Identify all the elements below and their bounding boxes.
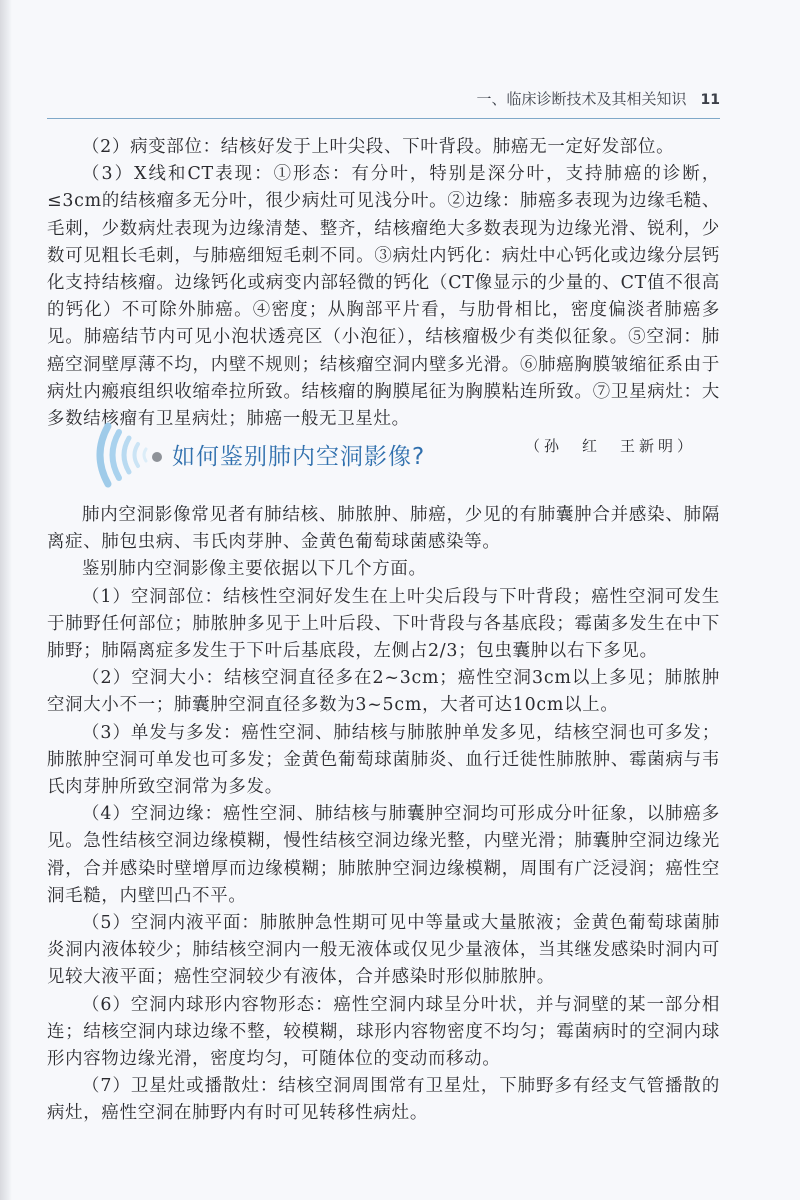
paragraph: （3）单发与多发：癌性空洞、肺结核与肺脓肿单发多见，结核空洞也可多发；肺脓肿空洞… bbox=[47, 720, 720, 802]
header-rule bbox=[47, 118, 720, 119]
paragraph: （6）空洞内球形内容物形态：癌性空洞内球呈分叶状，并与洞壁的某一部分相连；结核空… bbox=[47, 992, 720, 1074]
paragraph: （5）空洞内液平面：肺脓肿急性期可见中等量或大量脓液；金黄色葡萄球菌肺炎洞内液体… bbox=[47, 910, 720, 992]
paragraph: （2）病变部位：结核好发于上叶尖段、下叶背段。肺癌无一定好发部位。 bbox=[47, 134, 720, 161]
page-spine-shadow bbox=[0, 0, 12, 1200]
section-body: 肺内空洞影像常见者有肺结核、肺脓肿、肺癌，少见的有肺囊肿合并感染、肺隔离症、肺包… bbox=[47, 502, 720, 1128]
previous-section-body: （2）病变部位：结核好发于上叶尖段、下叶背段。肺癌无一定好发部位。 （3）X线和… bbox=[47, 134, 720, 460]
section-title: 如何鉴别肺内空洞影像? bbox=[172, 438, 425, 471]
page-number: 11 bbox=[701, 92, 720, 108]
paragraph: （1）空洞部位：结核性空洞好发生在上叶尖后段与下叶背段；癌性空洞可发生于肺野任何… bbox=[47, 584, 720, 666]
signal-waves-icon bbox=[88, 420, 158, 490]
paragraph: （4）空洞边缘：癌性空洞、肺结核与肺囊肿空洞均可形成分叶征象，以肺癌多见。急性结… bbox=[47, 801, 720, 910]
chapter-title: 一、临床诊断技术及其相关知识 bbox=[477, 90, 687, 108]
heading-bullet-icon bbox=[152, 452, 162, 462]
paragraph: （3）X线和CT表现：①形态：有分叶，特别是深分叶，支持肺癌的诊断，≤3cm的结… bbox=[47, 161, 720, 433]
paragraph: （7）卫星灶或播散灶：结核空洞周围常有卫星灶，下肺野多有经支气管播散的病灶，癌性… bbox=[47, 1073, 720, 1127]
paragraph: 鉴别肺内空洞影像主要依据以下几个方面。 bbox=[47, 556, 720, 583]
paragraph: （2）空洞大小：结核空洞直径多在2~3cm；癌性空洞3cm以上多见；肺脓肿空洞大… bbox=[47, 665, 720, 719]
section-heading: 如何鉴别肺内空洞影像? bbox=[88, 414, 688, 494]
paragraph: 肺内空洞影像常见者有肺结核、肺脓肿、肺癌，少见的有肺囊肿合并感染、肺隔离症、肺包… bbox=[47, 502, 720, 556]
running-head: 一、临床诊断技术及其相关知识11 bbox=[47, 88, 720, 112]
